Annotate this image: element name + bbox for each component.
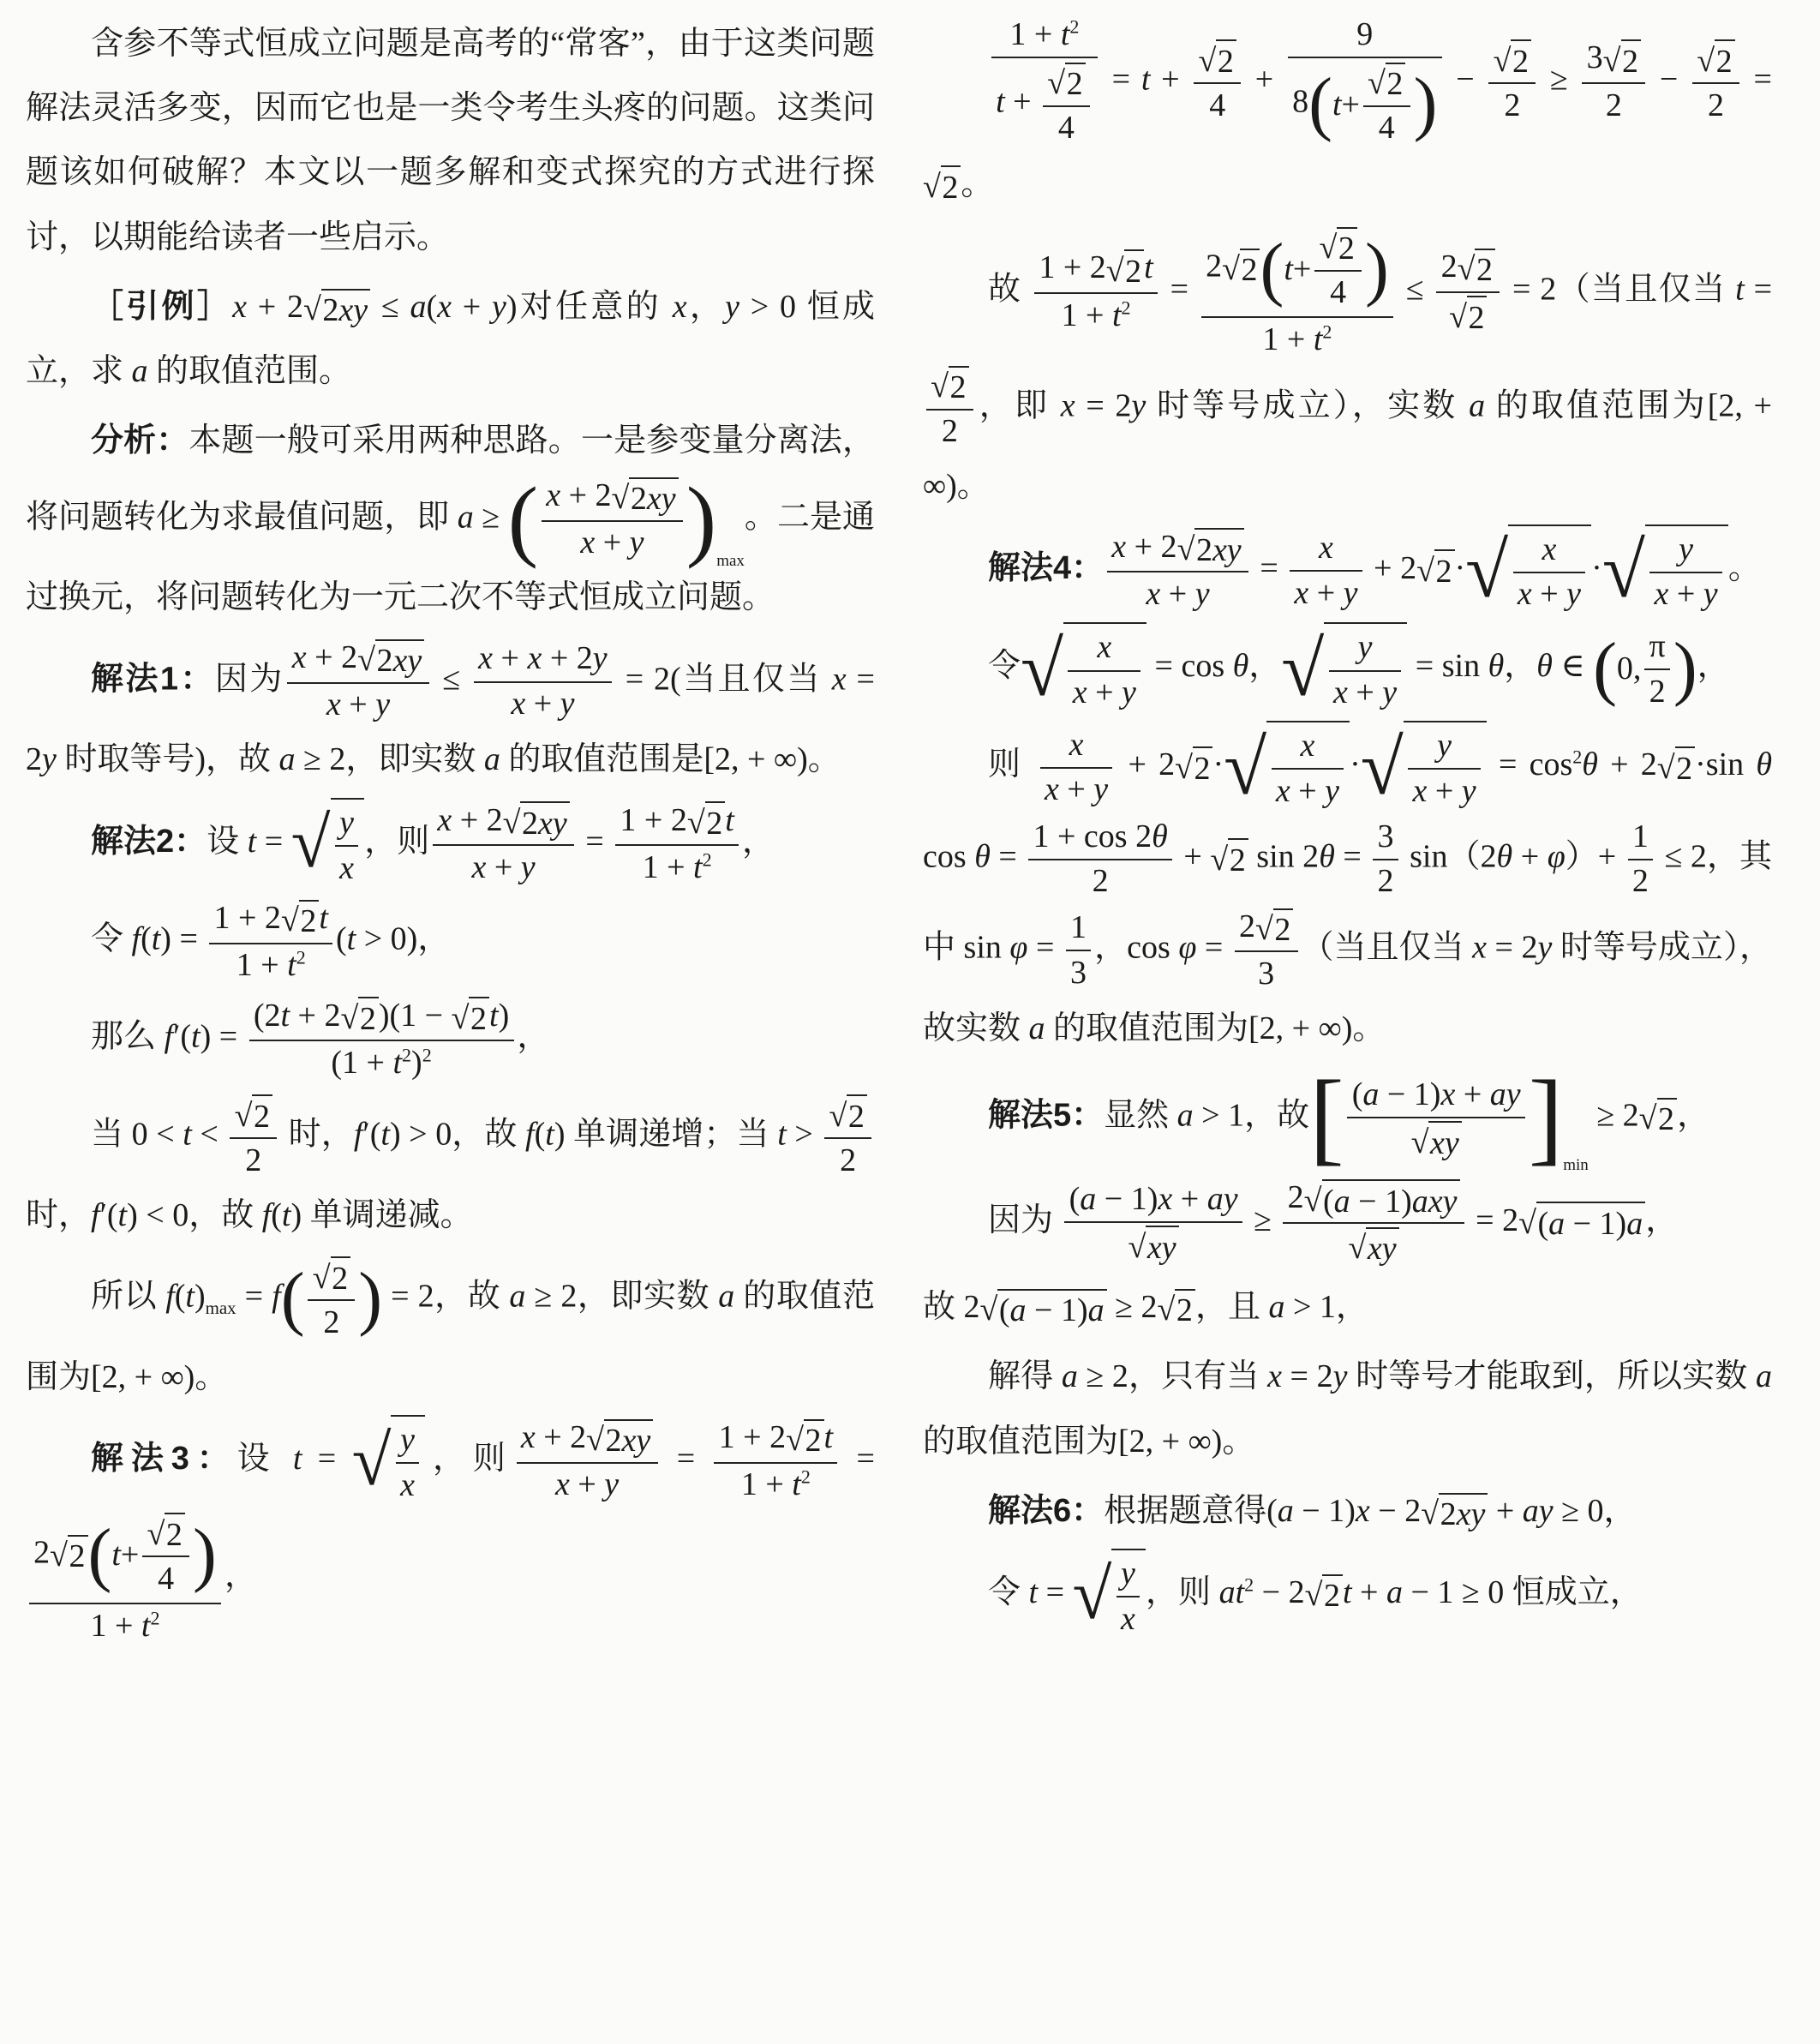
math-variable: θ: [1497, 838, 1513, 874]
text-run: ≥ 0，: [1554, 1493, 1637, 1529]
text-run: ) 单调递增；当: [554, 1117, 777, 1153]
fraction-numerator: 2√2: [1235, 906, 1298, 953]
text-run: = 2，故: [382, 1279, 509, 1315]
fraction-denominator: 3: [1066, 951, 1092, 994]
radical-sign: √: [1319, 231, 1337, 264]
radicand: 2: [1467, 296, 1488, 338]
math-variable: at: [1219, 1574, 1245, 1610]
fraction-numerator: x + 2√2xy: [1107, 526, 1248, 573]
group-content: x + 2√2xyx + y: [538, 474, 686, 566]
math-variable: a: [279, 741, 296, 777]
text-run: ·: [1591, 550, 1602, 586]
text-run: +: [1455, 1076, 1489, 1112]
radical-sign: √: [291, 808, 331, 880]
text-run: 1: [1070, 909, 1087, 945]
sqrt-radical: √2: [1175, 746, 1212, 788]
math-variable: x: [580, 524, 595, 560]
fraction-numerator: (2t + 2√2)(1 − √2t): [249, 995, 514, 1042]
text-run: =: [1196, 930, 1230, 966]
fraction: √22: [1692, 37, 1739, 127]
radicand: 2xy: [629, 477, 678, 519]
math-variable: x: [1319, 530, 1333, 566]
fraction-denominator: x: [335, 847, 359, 890]
text-run: +: [1290, 773, 1325, 809]
radicand: 2: [68, 1535, 88, 1577]
math-variable: x: [471, 849, 486, 885]
paragraph-solution-1: 解法1：因为x + 2√2xyx + y ≤ x + x + 2yx + y =…: [26, 636, 875, 793]
text-run: + 2: [452, 802, 502, 838]
text-run: 2: [1606, 87, 1622, 123]
radical-sign: √: [503, 806, 521, 839]
left-column: 含参不等式恒成立问题是高考的“常客”，由于这类问题解法灵活多变，因而它也是一类令…: [26, 12, 875, 2044]
text-run: − 2: [1370, 1493, 1421, 1529]
math-variable: ay: [1523, 1493, 1554, 1529]
group-subscript: max: [716, 545, 745, 578]
sqrt-radical: √2: [1458, 249, 1495, 291]
paragraph-solution-2c: 那么 f′(t) = (2t + 2√2)(1 − √2t)(1 + t2)2，: [26, 993, 875, 1086]
radicand: 2: [847, 1094, 867, 1136]
math-variable: xy: [647, 481, 676, 517]
math-variable: y: [1382, 674, 1397, 710]
text-run: 2: [631, 481, 647, 517]
radicand: 2: [1511, 39, 1531, 81]
fraction-numerator: 1 + cos 2θ: [1028, 816, 1172, 860]
sqrt-radical: √2: [1047, 63, 1085, 105]
text-run: + 2: [307, 639, 357, 675]
radicand: 2: [941, 165, 961, 207]
fraction-denominator: √xy: [1347, 1118, 1525, 1164]
radical-sign: √: [687, 806, 705, 839]
math-variable: f: [262, 1197, 272, 1233]
radicand: 2: [1193, 746, 1213, 788]
group-content: √22: [305, 1253, 359, 1346]
radicand: yx: [331, 798, 365, 891]
math-variable: a: [1756, 1358, 1772, 1394]
text-run: +: [595, 524, 629, 560]
text-run: 所以: [91, 1279, 165, 1315]
math-variable: t: [280, 998, 290, 1034]
text-run: 根据题意得(: [1104, 1493, 1278, 1529]
text-run: −: [1446, 62, 1486, 98]
text-run: ，: [742, 824, 775, 860]
text-run: (: [427, 289, 438, 325]
text-run: ): [411, 1045, 422, 1081]
text-run: 2: [1324, 1578, 1340, 1614]
math-variable: xy: [1368, 1231, 1397, 1267]
text-run: +: [1176, 838, 1211, 874]
text-run: 的取值范围是[2, + ∞)。: [500, 741, 841, 777]
math-variable: a: [1469, 387, 1485, 423]
fraction: xx + y: [1513, 529, 1586, 616]
text-run: 2: [376, 643, 392, 679]
text-run: 2: [1239, 908, 1255, 944]
paren-group: [(a − 1)x + ay√xy]min: [1309, 1066, 1589, 1171]
fraction-denominator: 8(t + √24): [1288, 58, 1442, 152]
fraction: yx + y: [1649, 529, 1722, 616]
text-run: 2: [1067, 66, 1083, 102]
math-variable: f: [165, 1279, 175, 1315]
math-variable: a: [1088, 1292, 1105, 1328]
sqrt-radical: √2: [1106, 249, 1144, 291]
text-run: + 2: [1366, 550, 1416, 586]
math-variable: θ: [1582, 746, 1598, 782]
fraction-numerator: (a − 1)x + ay: [1064, 1178, 1242, 1223]
sqrt-radical: √yx: [291, 798, 365, 891]
text-run: (: [141, 921, 152, 957]
text-run: =: [1335, 838, 1370, 874]
radical-sign: √: [1281, 630, 1324, 708]
math-variable: x: [1412, 773, 1427, 809]
text-run: ≥ 2，只有当: [1078, 1358, 1267, 1394]
sqrt-radical: √2: [1494, 39, 1531, 81]
math-variable: x: [1333, 674, 1348, 710]
fraction-numerator: 1: [1066, 907, 1092, 951]
radicand: 2: [1475, 249, 1495, 291]
text-run: +: [1512, 838, 1548, 874]
text-run: 的取值范围为[2, + ∞)。: [923, 1424, 1254, 1460]
math-variable: t: [693, 849, 703, 885]
radicand: 2: [949, 366, 969, 408]
radical-sign: √: [1198, 45, 1216, 77]
math-variable: x: [1146, 576, 1160, 612]
paragraph-solution-4: 解法4：x + 2√2xyx + y = xx + y + 2√2·√xx + …: [923, 524, 1772, 618]
text-run: +: [1059, 771, 1093, 807]
sqrt-radical: √2: [340, 997, 378, 1039]
text-run: (: [271, 1197, 282, 1233]
fraction: 3√22: [1582, 37, 1645, 127]
section-label: 解法2：: [91, 824, 207, 860]
sqrt-radical: √2xy: [1177, 528, 1244, 570]
radical-sign: √: [1411, 1126, 1429, 1159]
paragraph-solution-5: 解法5：显然 a > 1，故[(a − 1)x + ay√xy]min ≥ 2√…: [923, 1066, 1772, 1171]
text-run: ): [499, 998, 510, 1034]
math-variable: y: [1344, 575, 1358, 611]
math-variable: a: [1062, 1358, 1078, 1394]
fraction-numerator: √2: [824, 1092, 871, 1139]
math-variable: x: [1073, 674, 1087, 710]
math-variable: a: [410, 289, 427, 325]
fraction-denominator: 2: [1582, 84, 1645, 127]
text-run: cos: [923, 838, 974, 874]
radical-sign: √: [313, 1262, 331, 1294]
sqrt-radical: √2: [313, 1256, 350, 1298]
sqrt-radical: √2: [1603, 39, 1641, 81]
text-run: =: [1027, 930, 1062, 966]
text-run: 2: [323, 1304, 339, 1340]
text-run: 故: [988, 271, 1031, 307]
text-run: > 1，故: [1194, 1098, 1309, 1134]
text-run: 2: [360, 1001, 376, 1037]
math-variable: x: [339, 850, 354, 886]
radical-sign: √: [1106, 255, 1124, 287]
radicand: (a − 1)axy: [1322, 1179, 1460, 1221]
math-variable: θ: [1488, 649, 1505, 685]
text-run: 2: [1676, 751, 1692, 787]
text-run: ): [195, 1279, 206, 1315]
fraction: 12: [1628, 816, 1654, 903]
paragraph-solution-6: 解法6：根据题意得(a − 1)x − 2√2xy + ay ≥ 0，: [923, 1479, 1772, 1543]
sqrt-radical: √2: [931, 366, 968, 408]
radicand: 2xy: [321, 289, 370, 331]
text-run: 2: [706, 806, 722, 842]
paragraph-solution-3c: 故 1 + 2√2t1 + t2 = 2√2(t + √24)1 + t2 ≤ …: [923, 222, 1772, 519]
fraction-denominator: x + y: [474, 683, 612, 726]
math-variable: y: [42, 741, 57, 777]
math-variable: f: [272, 1279, 281, 1315]
text-run: (: [535, 1117, 546, 1153]
fraction-denominator: √xy: [1064, 1223, 1242, 1268]
text-run: = cos: [1487, 746, 1572, 782]
fraction: (a − 1)x + ay√xy: [1347, 1074, 1525, 1164]
math-variable: φ: [1009, 930, 1027, 966]
math-variable: xy: [1147, 1230, 1176, 1266]
fraction-numerator: x: [1290, 527, 1362, 572]
text-run: ，且: [1195, 1289, 1269, 1325]
paren-group: (x + 2√2xyx + y)max: [508, 474, 745, 566]
paragraph-analysis: 分析：本题一般可采用两种思路。一是参变量分离法，将问题转化为求最值问题，即 a …: [26, 409, 875, 630]
math-variable: y: [1703, 576, 1718, 612]
text-run: = 2: [1282, 1358, 1333, 1394]
text-run: 2: [1206, 249, 1222, 285]
text-run: 2: [1386, 66, 1403, 102]
math-variable: a: [509, 1279, 525, 1315]
text-run: 的取值范围。: [148, 353, 352, 389]
text-run: 2: [470, 1001, 487, 1037]
fraction-denominator: 3: [1235, 952, 1298, 995]
sqrt-radical: √2: [1449, 296, 1487, 338]
text-run: 8: [1292, 84, 1308, 120]
text-run: 时取等号)，故: [57, 741, 279, 777]
math-variable: a: [1386, 1574, 1403, 1610]
fraction: 1 + 2√2t1 + t2: [1034, 247, 1158, 337]
paragraph-solution-5d: 解得 a ≥ 2，只有当 x = 2y 时等号才能取到，所以实数 a 的取值范围…: [923, 1345, 1772, 1473]
math-variable: x: [1069, 727, 1084, 763]
math-variable: t: [282, 1197, 291, 1233]
text-run: ，: [687, 289, 726, 325]
fraction-numerator: 1 + 2√2t: [1034, 247, 1158, 294]
superscript: 2: [1122, 297, 1131, 318]
radicand: 2: [1216, 39, 1236, 81]
math-variable: t: [1061, 16, 1070, 52]
paren-group: (0, π2): [1593, 624, 1697, 714]
math-variable: x: [1440, 1076, 1455, 1112]
text-run: )(1 −: [379, 998, 452, 1034]
math-variable: y: [521, 849, 536, 885]
text-run: +: [452, 289, 492, 325]
math-variable: x: [437, 289, 452, 325]
text-run: ·sin: [1695, 746, 1756, 782]
text-run: = 2（当且仅当: [1503, 271, 1735, 307]
sqrt-radical: √2: [1319, 227, 1356, 269]
math-variable: y: [375, 686, 390, 722]
sqrt-radical: √2xy: [586, 1419, 653, 1461]
text-run: 因为: [215, 661, 284, 697]
text-run: ·: [1212, 746, 1224, 782]
math-variable: x: [1061, 387, 1075, 423]
radical-sign: √: [1449, 301, 1467, 333]
text-run: =: [991, 838, 1026, 874]
text-run: ，: [1697, 649, 1730, 685]
text-run: 2: [322, 292, 338, 328]
sqrt-radical: √2: [1305, 1574, 1343, 1616]
fraction-denominator: 2: [1692, 84, 1739, 127]
fraction-numerator: (a − 1)x + ay: [1347, 1074, 1525, 1118]
fraction-numerator: 1: [1628, 816, 1654, 860]
sqrt-radical: √2: [786, 1419, 823, 1461]
section-label: 解法6：: [988, 1493, 1104, 1529]
math-variable: t: [996, 84, 1005, 120]
math-variable: a: [1268, 1289, 1284, 1325]
math-variable: xy: [538, 806, 567, 842]
text-run: + 2: [1598, 746, 1657, 782]
fraction-denominator: x + y: [1649, 573, 1722, 616]
text-run: 则: [988, 746, 1037, 782]
fraction: √24: [1194, 37, 1241, 127]
paragraph-intro: 含参不等式恒成立问题是高考的“常客”，由于这类问题解法灵活多变，因而它也是一类令…: [26, 12, 875, 270]
fraction: √22: [230, 1092, 277, 1182]
subscript: max: [206, 1298, 236, 1318]
math-variable: f: [91, 1197, 100, 1233]
fraction: 32: [1373, 816, 1398, 903]
paragraph-solution-2b: 令 f(t) = 1 + 2√2t1 + t2(t > 0)，: [26, 896, 875, 988]
radical-sign: √: [1465, 531, 1508, 609]
fraction: yx + y: [1329, 626, 1402, 714]
sqrt-radical: √yx + y: [1281, 622, 1407, 716]
text-run: ≥ 2: [1107, 1289, 1158, 1325]
radical-sign: √: [1224, 728, 1266, 806]
text-run: =: [1038, 1574, 1072, 1610]
fraction: (2t + 2√2)(1 − √2t)(1 + t2)2: [249, 995, 514, 1085]
radicand: 2xy: [375, 639, 424, 681]
text-run: 2: [1658, 1101, 1674, 1137]
text-run: +: [1308, 575, 1343, 611]
radical-sign: √: [352, 1426, 392, 1498]
text-run: =: [578, 824, 612, 860]
text-run: 3: [1070, 955, 1087, 991]
radicand: yx + y: [1404, 721, 1487, 814]
math-variable: x: [1158, 1181, 1172, 1217]
radicand: yx + y: [1324, 622, 1407, 716]
text-run: )对任意的: [506, 289, 673, 325]
math-variable: x: [1045, 771, 1059, 807]
radical-sign: √: [1047, 67, 1065, 99]
paragraph-solution-5b: 因为 (a − 1)x + ay√xy ≥ 2√(a − 1)axy√xy = …: [923, 1176, 1772, 1270]
text-run: =: [1745, 271, 1772, 307]
superscript: 2: [422, 1044, 432, 1065]
fraction-numerator: √2: [1314, 225, 1362, 272]
radical-sign: √: [586, 1424, 604, 1456]
superscript: 2: [296, 947, 306, 968]
radical-sign: √: [1177, 533, 1195, 566]
fraction-numerator: √2: [230, 1092, 277, 1139]
text-run: +: [1244, 62, 1284, 98]
math-variable: y: [1566, 576, 1581, 612]
text-run: − 1): [1379, 1076, 1440, 1112]
math-variable: y: [1333, 1358, 1348, 1394]
sqrt-radical: √yx + y: [1602, 524, 1728, 618]
text-run: − 1): [1096, 1181, 1158, 1217]
fraction-denominator: 1 + t2: [209, 944, 332, 987]
math-variable: t: [1735, 271, 1745, 307]
superscript: 2: [801, 1466, 811, 1488]
math-variable: y: [630, 524, 644, 560]
math-variable: xy: [1457, 1496, 1486, 1532]
text-run: 时等号成立），实数: [1146, 387, 1469, 423]
math-variable: t: [185, 1279, 195, 1315]
math-variable: t: [792, 1466, 801, 1502]
text-run: ·: [1350, 746, 1361, 782]
text-run: 1 +: [236, 947, 287, 983]
fraction-numerator: √2: [1488, 37, 1536, 84]
math-variable: a: [458, 499, 474, 535]
radicand: 2: [1273, 908, 1294, 950]
close-paren: ): [1365, 234, 1389, 306]
fraction-denominator: 2: [1628, 860, 1654, 903]
text-run: =: [841, 1441, 875, 1477]
text-run: > 1，: [1284, 1289, 1368, 1325]
text-run: 0,: [1617, 637, 1642, 701]
math-variable: y: [604, 1466, 619, 1502]
text-run: = sin: [1407, 649, 1488, 685]
open-paren: (: [508, 474, 538, 565]
fraction-denominator: 4: [1314, 272, 1362, 315]
math-variable: φ: [1548, 838, 1566, 874]
text-run: sin 2: [1248, 838, 1319, 874]
paragraph-solution-5c: 故 2√(a − 1)a ≥ 2√2，且 a > 1，: [923, 1275, 1772, 1340]
text-run: (: [999, 1292, 1010, 1328]
math-variable: t: [824, 1419, 834, 1455]
math-variable: x: [1276, 773, 1290, 809]
math-variable: ay: [1207, 1181, 1238, 1217]
radical-sign: √: [452, 1002, 470, 1034]
fraction: 2√2(t + √24)1 + t2: [29, 1509, 221, 1647]
fraction: 13: [1066, 907, 1092, 994]
group-subscript: min: [1563, 1149, 1589, 1182]
text-run: 。: [1728, 550, 1761, 586]
math-variable: t: [392, 1045, 402, 1081]
text-run: +: [493, 640, 527, 676]
radical-sign: √: [147, 1518, 165, 1550]
radicand: (a − 1)a: [997, 1289, 1106, 1331]
text-run: = 2: [1487, 930, 1537, 966]
text-run: − 1 ≥ 0 恒成立，: [1403, 1574, 1643, 1610]
text-run: 含参不等式恒成立问题是高考的“常客”，由于这类问题解法灵活多变，因而它也是一类令…: [26, 26, 875, 255]
fraction-numerator: √2: [142, 1511, 189, 1558]
text-run: ，: [225, 1557, 257, 1593]
math-variable: x: [1294, 575, 1308, 611]
sqrt-radical: √2: [687, 801, 725, 843]
fraction-denominator: x + y: [1068, 672, 1140, 715]
fraction-denominator: x + y: [1040, 769, 1113, 812]
math-variable: a: [1177, 1098, 1194, 1134]
radicand: yx: [391, 1415, 425, 1508]
math-variable: t: [118, 1197, 128, 1233]
text-run: 3: [1377, 818, 1393, 854]
text-run: 1 + cos 2: [1033, 818, 1152, 854]
math-variable: θ: [1233, 649, 1249, 685]
text-run: ，: [1645, 1202, 1678, 1238]
fraction-denominator: 2: [1644, 670, 1670, 713]
text-run: 2: [1176, 1292, 1193, 1328]
sqrt-radical: √2: [50, 1535, 87, 1577]
text-run: +: [1668, 576, 1703, 612]
radicand: 2xy: [1194, 528, 1243, 570]
fraction: √24: [1363, 60, 1410, 150]
text-run: 2: [942, 170, 958, 206]
text-run: ，: [1677, 1098, 1709, 1134]
fraction-denominator: 4: [142, 1557, 189, 1600]
math-variable: t: [347, 921, 356, 957]
